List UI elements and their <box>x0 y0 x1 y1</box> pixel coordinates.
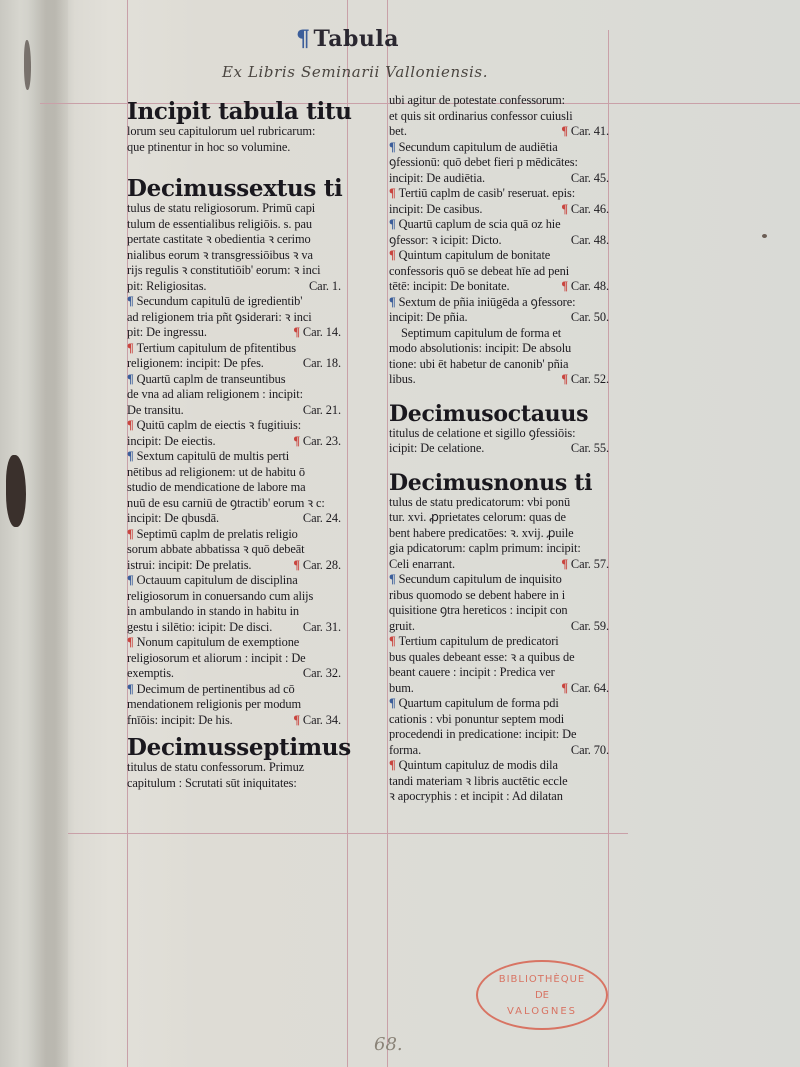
folio-reference: ¶Car. 41. <box>561 124 609 140</box>
entry-text: cationis : vbi ponuntur septem modi <box>389 712 564 726</box>
text-line: capitulum : Scrutati sūt iniquitates: <box>127 776 345 792</box>
entry-text: Octauum capitulum de disciplina <box>137 573 298 587</box>
section-heading: Decimussextus ti <box>127 177 345 201</box>
entry-text: titulus de celatione et sigillo ꝯfessiōi… <box>389 426 576 440</box>
text-line: rijs regulis ꝛ constitutiōib' eorum: ꝛ i… <box>127 263 345 279</box>
chapter-entry-line: Car. 45.incipit: De audiētia. <box>389 171 613 187</box>
manuscript-page: ¶Tabula Ex Libris Seminarii Valloniensis… <box>0 0 800 1067</box>
section-17-continued-entries: ubi agitur de potestate confessorum:et q… <box>389 93 613 388</box>
text-line: ꝯfessionū: quō debet fieri p mēdicātes: <box>389 155 613 171</box>
paragraph-mark-icon: ¶ <box>127 418 134 432</box>
entry-text: modo absolutionis: incipit: De absolu <box>389 341 571 355</box>
ruling-line <box>347 0 348 1067</box>
entry-text: tulum de essentialibus religiōis. s. pau <box>127 217 312 231</box>
entry-text: sorum abbate abbatissa ꝛ quō debeāt <box>127 542 305 556</box>
entry-text: nētibus ad religionem: ut de habitu ō <box>127 465 305 479</box>
entry-text: pertate castitate ꝛ obedientia ꝛ cerimo <box>127 232 311 246</box>
chapter-entry-line: ¶Car. 34.fnīōis: incipit: De his. <box>127 713 345 729</box>
text-line: ¶Tertium capitulum de predicatori <box>389 634 613 650</box>
ownership-inscription: Ex Libris Seminarii Valloniensis. <box>222 63 552 81</box>
folio-reference: ¶Car. 34. <box>293 713 341 729</box>
text-line: nētibus ad religionem: ut de habitu ō <box>127 465 345 481</box>
text-line: ¶Octauum capitulum de disciplina <box>127 573 345 589</box>
paragraph-mark-icon: ¶ <box>561 279 568 293</box>
entry-text: Sextum capitulū de multis perti <box>137 449 289 463</box>
entry-text: nuū de esu carniū de ꝯtractib' eorum ꝛ c… <box>127 496 325 510</box>
entry-text: Quintum capitulum de bonitate <box>399 248 551 262</box>
entry-text: tandi materiam ꝛ libris auctētic eccle <box>389 774 568 788</box>
entry-text: procedendi in predicatione: incipit: De <box>389 727 576 741</box>
entry-text: et quis sit ordinarius confessor cuiusli <box>389 109 573 123</box>
entry-text: quisitione ꝯtra hereticos : incipit con <box>389 603 568 617</box>
entry-text: religionem: incipit: De pfes. <box>127 356 264 370</box>
text-line: de vna ad aliam religionem : incipit: <box>127 387 345 403</box>
paragraph-mark-icon: ¶ <box>389 248 396 262</box>
paragraph-mark-icon: ¶ <box>127 635 134 649</box>
text-line: quisitione ꝯtra hereticos : incipit con <box>389 603 613 619</box>
chapter-entry-line: Car. 50.incipit: De pñia. <box>389 310 613 326</box>
text-line: religiosorum in conuersando cum alijs <box>127 589 345 605</box>
text-line: ¶Sextum capitulū de multis perti <box>127 449 345 465</box>
paragraph-mark-icon: ¶ <box>293 325 300 339</box>
section-heading: Decimusseptimus <box>127 736 345 760</box>
page-gutter-fold <box>28 0 68 1067</box>
entry-text: incipit: De qbusdā. <box>127 511 219 525</box>
text-line: ꝛ apocryphis : et incipit : Ad dilatan <box>389 789 613 805</box>
chapter-entry-line: ¶Car. 46.incipit: De casibus. <box>389 202 613 218</box>
paper-blemish <box>762 234 767 238</box>
section-heading: Decimusoctauus <box>389 402 613 426</box>
entry-text: ꝯfessionū: quō debet fieri p mēdicātes: <box>389 155 578 169</box>
folio-reference: ¶Car. 23. <box>293 434 341 450</box>
folio-reference: Car. 18. <box>303 356 341 372</box>
section-18-entries: titulus de celatione et sigillo ꝯfessiōi… <box>389 426 613 457</box>
text-line: ¶Quitū caplm de eiectis ꝛ fugitiuis: <box>127 418 345 434</box>
text-line: religiosorum et aliorum : incipit : De <box>127 651 345 667</box>
entry-text: Nonum capitulum de exemptione <box>137 635 300 649</box>
entry-text: ꝯfessor: ꝛ icipit: Dicto. <box>389 233 502 247</box>
entry-text: Quitū caplm de eiectis ꝛ fugitiuis: <box>137 418 301 432</box>
entry-text: tētē: incipit: De bonitate. <box>389 279 509 293</box>
text-line: mendationem religionis per modum <box>127 697 345 713</box>
entry-text: studio de mendicatione de labore ma <box>127 480 306 494</box>
text-line: ¶Secundum capitulū de igredientib' <box>127 294 345 310</box>
entry-text: ubi agitur de potestate confessorum: <box>389 93 565 107</box>
page-header: ¶Tabula <box>296 26 399 52</box>
entry-text: beant cauere : incipit : Predica ver <box>389 665 555 679</box>
paragraph-mark-icon: ¶ <box>561 124 568 138</box>
paragraph-mark-icon: ¶ <box>293 713 300 727</box>
text-line: ¶Secundum capitulum de inquisito <box>389 572 613 588</box>
header-title: Tabula <box>314 26 400 52</box>
entry-text: De transitu. <box>127 403 184 417</box>
entry-text: Quartum capitulum de forma pdi <box>399 696 559 710</box>
text-line: tione: ubi ēt habetur de canonib' pñia <box>389 357 613 373</box>
text-line: ¶Quintum capitulum de bonitate <box>389 248 613 264</box>
chapter-entry-line: ¶Car. 28.istrui: incipit: De prelatis. <box>127 558 345 574</box>
entry-text: bent habere predicatōes: ꝛ. xvij. ꝓuile <box>389 526 574 540</box>
text-line: ¶Decimum de pertinentibus ad cō <box>127 682 345 698</box>
text-line: que ptinentur in hoc so volumine. <box>127 140 345 156</box>
folio-reference: ¶Car. 64. <box>561 681 609 697</box>
chapter-entry-line: Car. 21.De transitu. <box>127 403 345 419</box>
chapter-entry-line: Car. 70.forma. <box>389 743 613 759</box>
left-column: Incipit tabula titu lorum seu capituloru… <box>127 100 345 791</box>
text-line: titulus de statu confessorum. Primuz <box>127 760 345 776</box>
folio-reference: Car. 1. <box>309 279 341 295</box>
text-line: ribus quomodo se debent habere in i <box>389 588 613 604</box>
text-line: sorum abbate abbatissa ꝛ quō debeāt <box>127 542 345 558</box>
chapter-entry-line: ¶Car. 64.bum. <box>389 681 613 697</box>
paragraph-mark-icon: ¶ <box>389 217 396 231</box>
text-line: et quis sit ordinarius confessor cuiusli <box>389 109 613 125</box>
entry-text: Tertium capitulum de pfitentibus <box>137 341 296 355</box>
text-line: tur. xvi. ꝓprietates celorum: quas de <box>389 510 613 526</box>
folio-reference: Car. 48. <box>571 233 609 249</box>
entry-text: gruit. <box>389 619 415 633</box>
folio-reference: ¶Car. 28. <box>293 558 341 574</box>
entry-text: Quartū caplm de transeuntibus <box>137 372 286 386</box>
paragraph-mark-icon: ¶ <box>127 294 134 308</box>
paragraph-mark-icon: ¶ <box>127 449 134 463</box>
entry-text: mendationem religionis per modum <box>127 697 301 711</box>
folio-reference: ¶Car. 52. <box>561 372 609 388</box>
entry-text: bum. <box>389 681 414 695</box>
paragraph-mark-icon: ¶ <box>561 372 568 386</box>
text-line: nuū de esu carniū de ꝯtractib' eorum ꝛ c… <box>127 496 345 512</box>
text-line: titulus de celatione et sigillo ꝯfessiōi… <box>389 426 613 442</box>
paragraph-mark-icon: ¶ <box>127 682 134 696</box>
text-line: tandi materiam ꝛ libris auctētic eccle <box>389 774 613 790</box>
section-heading: Decimusnonus ti <box>389 471 613 495</box>
text-line: confessoris quō se debeat hīe ad peni <box>389 264 613 280</box>
entry-text: Celi enarrant. <box>389 557 455 571</box>
paragraph-mark-icon: ¶ <box>561 557 568 571</box>
text-line: pertate castitate ꝛ obedientia ꝛ cerimo <box>127 232 345 248</box>
text-line: studio de mendicatione de labore ma <box>127 480 345 496</box>
entry-text: istrui: incipit: De prelatis. <box>127 558 251 572</box>
chapter-entry-line: Car. 32.exemptis. <box>127 666 345 682</box>
paragraph-mark-icon: ¶ <box>127 372 134 386</box>
paragraph-mark-icon: ¶ <box>296 26 311 52</box>
entry-text: Tertiū caplm de casib' reseruat. epis: <box>399 186 575 200</box>
entry-text: bet. <box>389 124 407 138</box>
folio-reference: Car. 24. <box>303 511 341 527</box>
paragraph-mark-icon: ¶ <box>127 573 134 587</box>
chapter-entry-line: ¶Car. 48.tētē: incipit: De bonitate. <box>389 279 613 295</box>
entry-text: gia pdicatorum: caplm primum: incipit: <box>389 541 581 555</box>
entry-text: Sextum de pñia iniūgēda a ꝯfessore: <box>399 295 576 309</box>
ruling-line <box>387 0 388 1067</box>
paragraph-mark-icon: ¶ <box>127 527 134 541</box>
chapter-entry-line: Car. 18.religionem: incipit: De pfes. <box>127 356 345 372</box>
text-line: in ambulando in stando in habitu in <box>127 604 345 620</box>
entry-text: Secundum capitulum de inquisito <box>399 572 562 586</box>
chapter-entry-line: Car. 1.pit: Religiositas. <box>127 279 345 295</box>
folio-reference: Car. 21. <box>303 403 341 419</box>
entry-text: tulus de statu predicatorum: vbi ponū <box>389 495 570 509</box>
entry-text: nialibus eorum ꝛ transgressiōibus ꝛ va <box>127 248 313 262</box>
folio-number: 68. <box>374 1034 403 1055</box>
entry-text: de vna ad aliam religionem : incipit: <box>127 387 303 401</box>
text-line: cationis : vbi ponuntur septem modi <box>389 712 613 728</box>
text-line: ¶Quartū caplum de scia quā oz hie <box>389 217 613 233</box>
text-line: ¶Tertium capitulum de pfitentibus <box>127 341 345 357</box>
entry-text: forma. <box>389 743 421 757</box>
text-line: nialibus eorum ꝛ transgressiōibus ꝛ va <box>127 248 345 264</box>
chapter-entry-line: Car. 55.icipit: De celatione. <box>389 441 613 457</box>
text-line: lorum seu capitulorum uel rubricarum: <box>127 124 345 140</box>
entry-text: icipit: De celatione. <box>389 441 484 455</box>
right-column: ubi agitur de potestate confessorum:et q… <box>389 93 613 805</box>
paragraph-mark-icon: ¶ <box>389 572 396 586</box>
paragraph-mark-icon: ¶ <box>561 681 568 695</box>
folio-reference: ¶Car. 48. <box>561 279 609 295</box>
text-line: Septimum capitulum de forma et <box>389 326 613 342</box>
stamp-line: VALOGNES <box>478 1006 606 1017</box>
entry-text: Quintum capituluz de modis dila <box>399 758 558 772</box>
entry-text: incipit: De pñia. <box>389 310 467 324</box>
text-line: tulum de essentialibus religiōis. s. pau <box>127 217 345 233</box>
folio-reference: Car. 45. <box>571 171 609 187</box>
paragraph-mark-icon: ¶ <box>389 696 396 710</box>
text-line: ad religionem tria pñt ꝯsiderari: ꝛ inci <box>127 310 345 326</box>
text-line: ¶Quartum capitulum de forma pdi <box>389 696 613 712</box>
page-tear <box>6 455 26 527</box>
paragraph-mark-icon: ¶ <box>293 558 300 572</box>
text-line: ubi agitur de potestate confessorum: <box>389 93 613 109</box>
entry-text: incipit: De casibus. <box>389 202 482 216</box>
section-heading: Incipit tabula titu <box>127 100 345 124</box>
folio-reference: ¶Car. 57. <box>561 557 609 573</box>
paragraph-mark-icon: ¶ <box>293 434 300 448</box>
chapter-entry-line: ¶Car. 23.incipit: De eiectis. <box>127 434 345 450</box>
entry-text: pit: Religiositas. <box>127 279 206 293</box>
chapter-entry-line: Car. 48.ꝯfessor: ꝛ icipit: Dicto. <box>389 233 613 249</box>
text-line: bent habere predicatōes: ꝛ. xvij. ꝓuile <box>389 526 613 542</box>
entry-text: exemptis. <box>127 666 174 680</box>
text-line: modo absolutionis: incipit: De absolu <box>389 341 613 357</box>
entry-text: bus quales debeant esse: ꝛ a quibus de <box>389 650 574 664</box>
entry-text: Quartū caplum de scia quā oz hie <box>399 217 561 231</box>
text-line: ¶Sextum de pñia iniūgēda a ꝯfessore: <box>389 295 613 311</box>
ruling-line <box>68 833 628 834</box>
chapter-entry-line: Car. 59.gruit. <box>389 619 613 635</box>
entry-text: ribus quomodo se debent habere in i <box>389 588 565 602</box>
folio-reference: Car. 31. <box>303 620 341 636</box>
text-line: tulus de statu religiosorum. Primū capi <box>127 201 345 217</box>
entry-text: tulus de statu religiosorum. Primū capi <box>127 201 315 215</box>
entry-text: tur. xvi. ꝓprietates celorum: quas de <box>389 510 566 524</box>
paragraph-mark-icon: ¶ <box>389 186 396 200</box>
folio-reference: Car. 59. <box>571 619 609 635</box>
entry-text: Septimum capitulum de forma et <box>401 326 561 340</box>
entry-text: Decimum de pertinentibus ad cō <box>137 682 295 696</box>
entry-text: incipit: De eiectis. <box>127 434 216 448</box>
entry-text: pit: De ingressu. <box>127 325 207 339</box>
text-line: ¶Tertiū caplm de casib' reseruat. epis: <box>389 186 613 202</box>
entry-text: Tertium capitulum de predicatori <box>399 634 559 648</box>
library-stamp: BIBLIOTHÈQUE DE VALOGNES <box>476 960 608 1030</box>
folio-reference: ¶Car. 46. <box>561 202 609 218</box>
chapter-entry-line: ¶Car. 52.libus. <box>389 372 613 388</box>
paragraph-mark-icon: ¶ <box>389 140 396 154</box>
entry-text: gestu i silētio: icipit: De disci. <box>127 620 272 634</box>
section-19-entries: tulus de statu predicatorum: vbi ponūtur… <box>389 495 613 805</box>
entry-text: Secundum capitulum de audiētia <box>399 140 558 154</box>
text-line: tulus de statu predicatorum: vbi ponū <box>389 495 613 511</box>
stamp-line: DE <box>478 990 606 1001</box>
text-line: ¶Quartū caplm de transeuntibus <box>127 372 345 388</box>
entry-text: libus. <box>389 372 416 386</box>
entry-text: religiosorum et aliorum : incipit : De <box>127 651 306 665</box>
entry-text: Secundum capitulū de igredientib' <box>137 294 303 308</box>
entry-text: tione: ubi ēt habetur de canonib' pñia <box>389 357 568 371</box>
stamp-line: BIBLIOTHÈQUE <box>478 974 606 985</box>
entry-text: confessoris quō se debeat hīe ad peni <box>389 264 569 278</box>
chapter-entry-line: Car. 24.incipit: De qbusdā. <box>127 511 345 527</box>
entry-text: ꝛ apocryphis : et incipit : Ad dilatan <box>389 789 563 803</box>
entry-text: religiosorum in conuersando cum alijs <box>127 589 313 603</box>
entry-text: Septimū caplm de prelatis religio <box>137 527 298 541</box>
text-line: beant cauere : incipit : Predica ver <box>389 665 613 681</box>
text-line: ¶Septimū caplm de prelatis religio <box>127 527 345 543</box>
chapter-entry-line: ¶Car. 57.Celi enarrant. <box>389 557 613 573</box>
folio-reference: Car. 55. <box>571 441 609 457</box>
chapter-entry-line: ¶Car. 14.pit: De ingressu. <box>127 325 345 341</box>
folio-reference: Car. 32. <box>303 666 341 682</box>
folio-reference: Car. 70. <box>571 743 609 759</box>
text-line: ¶Nonum capitulum de exemptione <box>127 635 345 651</box>
entry-text: in ambulando in stando in habitu in <box>127 604 299 618</box>
paragraph-mark-icon: ¶ <box>389 634 396 648</box>
text-line: bus quales debeant esse: ꝛ a quibus de <box>389 650 613 666</box>
page-tear <box>24 40 31 90</box>
paragraph-mark-icon: ¶ <box>389 758 396 772</box>
entry-text: incipit: De audiētia. <box>389 171 485 185</box>
entry-text: rijs regulis ꝛ constitutiōib' eorum: ꝛ i… <box>127 263 320 277</box>
text-line: gia pdicatorum: caplm primum: incipit: <box>389 541 613 557</box>
section-16-entries: tulus de statu religiosorum. Primū capit… <box>127 201 345 728</box>
text-line: procedendi in predicatione: incipit: De <box>389 727 613 743</box>
folio-reference: Car. 50. <box>571 310 609 326</box>
paragraph-mark-icon: ¶ <box>127 341 134 355</box>
chapter-entry-line: Car. 31.gestu i silētio: icipit: De disc… <box>127 620 345 636</box>
text-line: ¶Quintum capituluz de modis dila <box>389 758 613 774</box>
folio-reference: ¶Car. 14. <box>293 325 341 341</box>
paragraph-mark-icon: ¶ <box>561 202 568 216</box>
text-line: ¶Secundum capitulum de audiētia <box>389 140 613 156</box>
entry-text: ad religionem tria pñt ꝯsiderari: ꝛ inci <box>127 310 312 324</box>
paragraph-mark-icon: ¶ <box>389 295 396 309</box>
chapter-entry-line: ¶Car. 41.bet. <box>389 124 613 140</box>
entry-text: fnīōis: incipit: De his. <box>127 713 233 727</box>
